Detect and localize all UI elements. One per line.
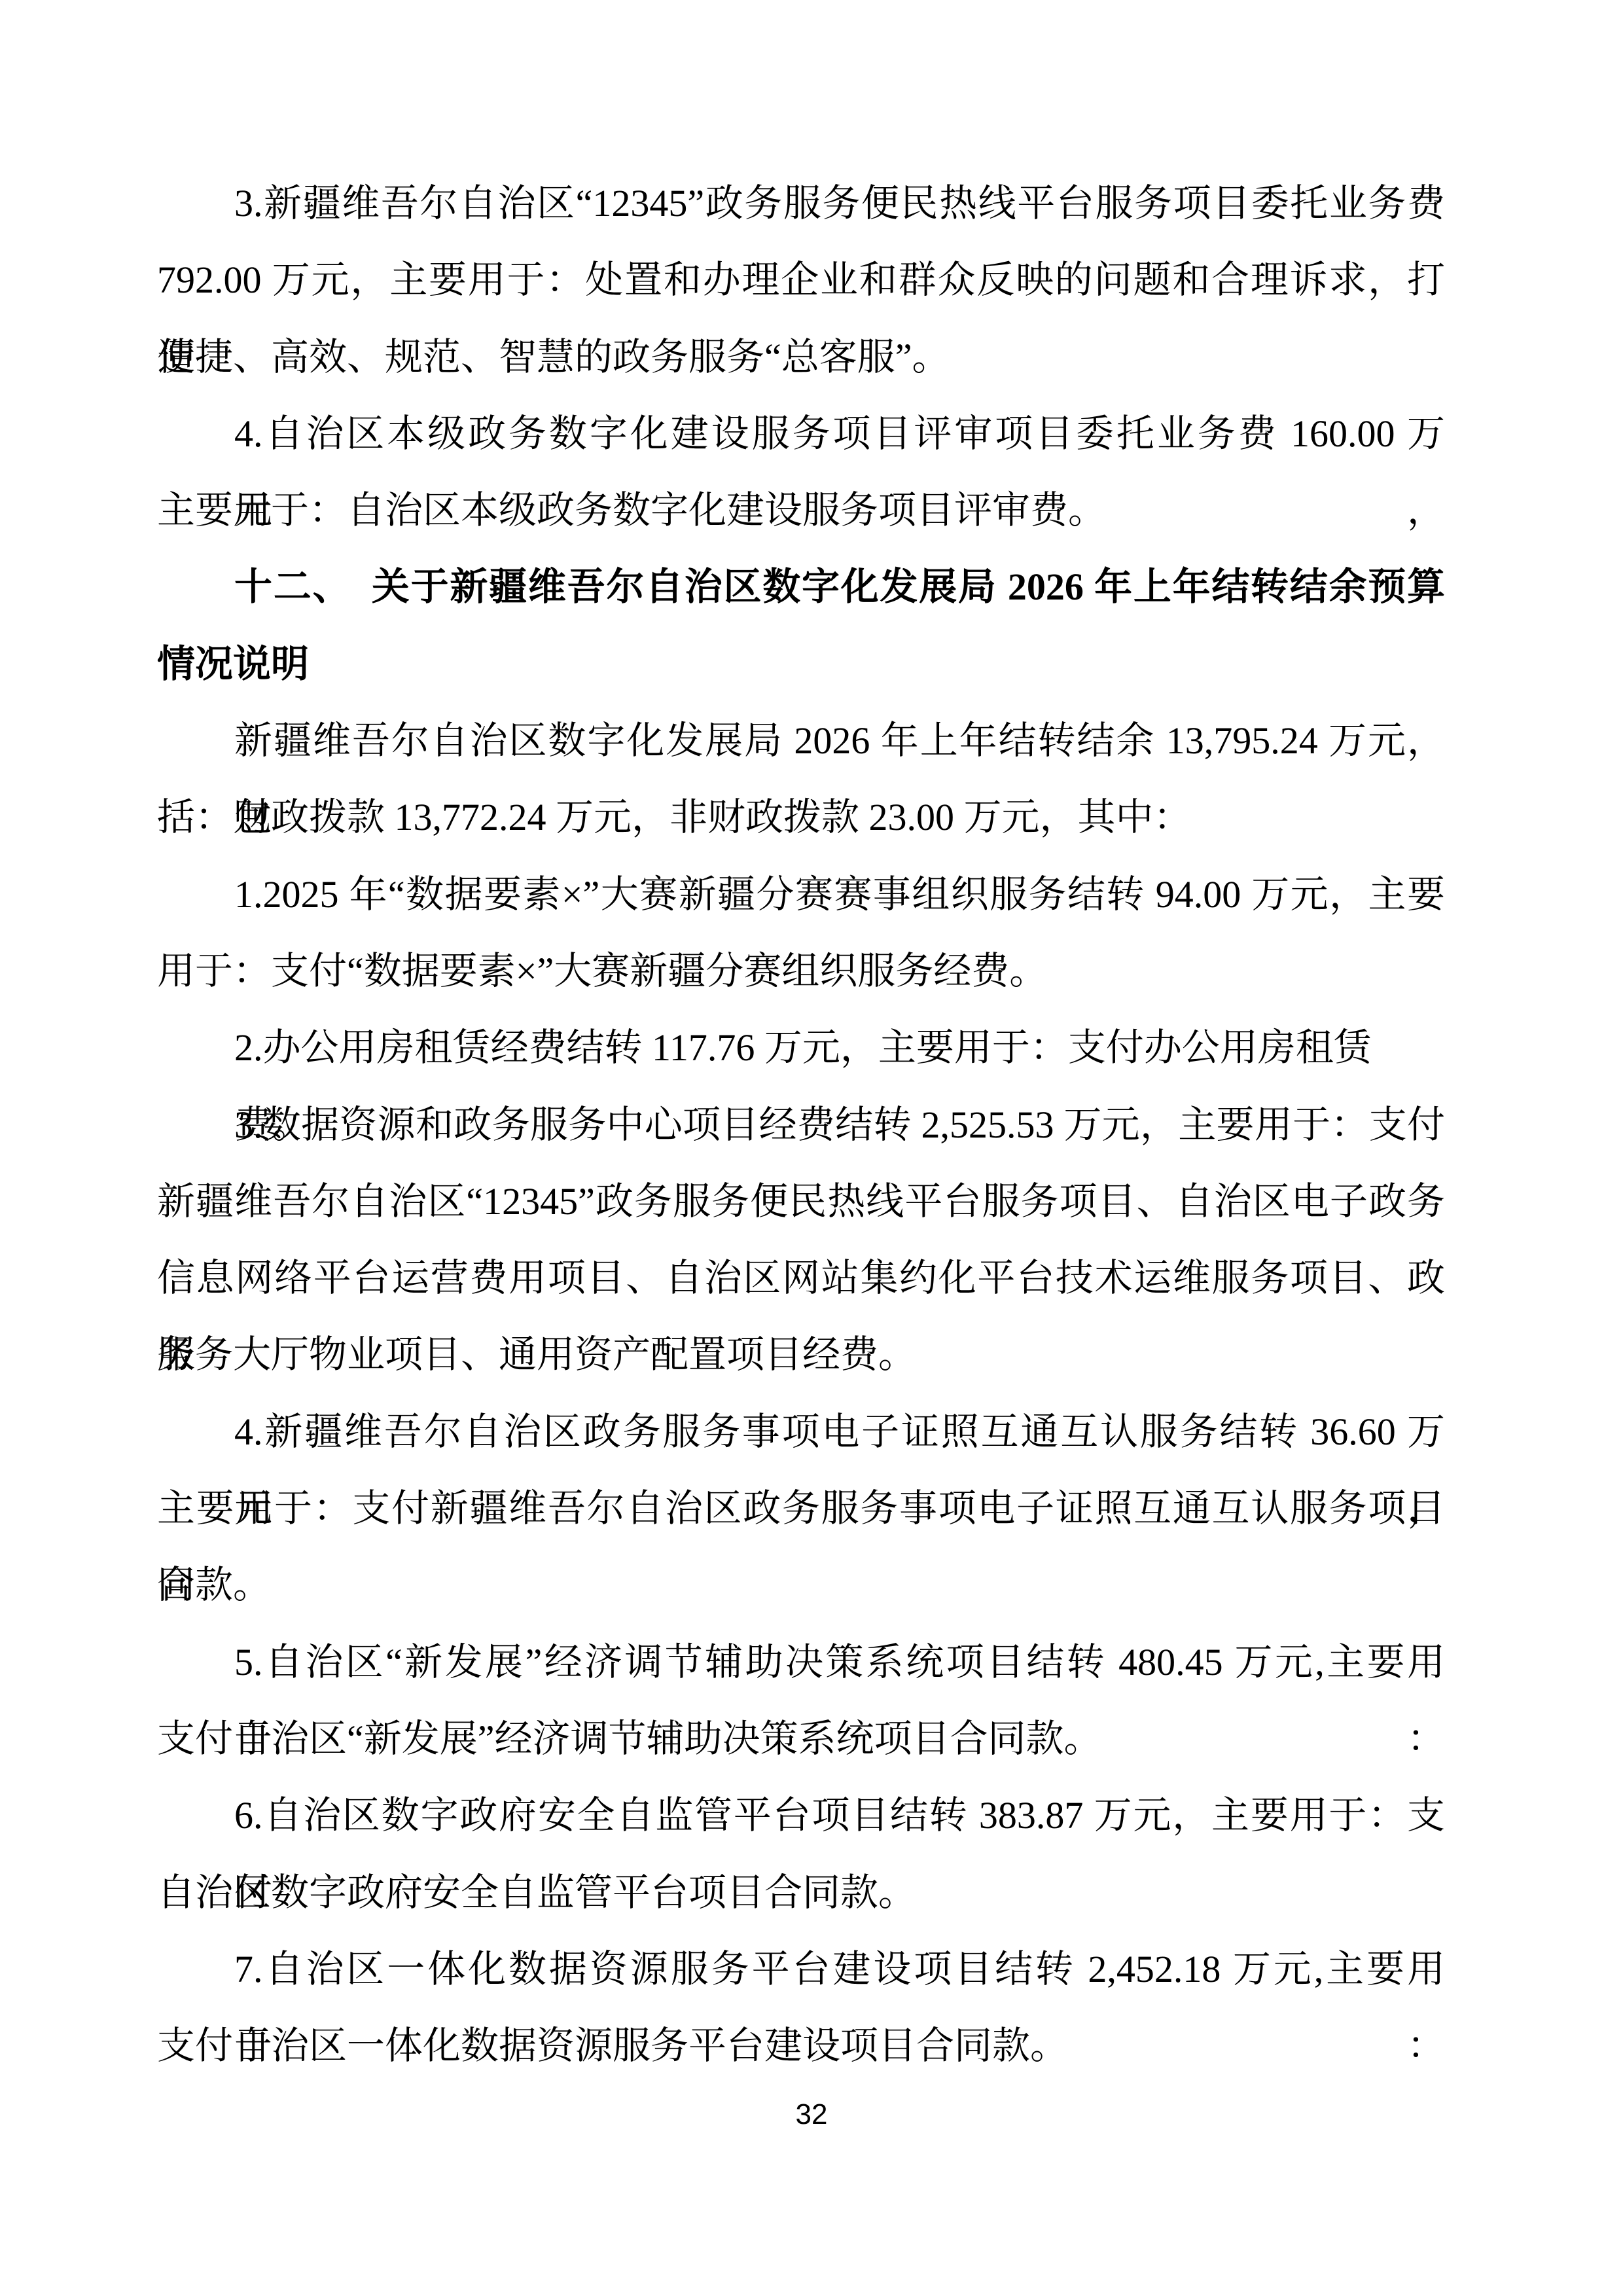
text-line: 情况说明 <box>157 626 1445 702</box>
text-line: 服务大厅物业项目、通用资产配置项目经费。 <box>157 1316 1445 1393</box>
text-line: 4.自治区本级政务数字化建设服务项目评审项目委托业务费 160.00 万元， <box>157 395 1445 472</box>
document-page: 3.新疆维吾尔自治区“12345”政务服务便民热线平台服务项目委托业务费792.… <box>0 0 1623 2296</box>
text-line: 2.办公用房租赁经费结转 117.76 万元，主要用于：支付办公用房租赁费。 <box>157 1009 1445 1086</box>
text-line: 主要用于：支付新疆维吾尔自治区政务服务事项电子证照互通互认服务项目合 <box>157 1470 1445 1547</box>
text-line: 7.自治区一体化数据资源服务平台建设项目结转 2,452.18 万元,主要用于： <box>157 1931 1445 2007</box>
document-body: 3.新疆维吾尔自治区“12345”政务服务便民热线平台服务项目委托业务费792.… <box>157 165 1445 2084</box>
text-line: 十二、 关于新疆维吾尔自治区数字化发展局 2026 年上年结转结余预算 <box>157 548 1445 625</box>
text-line: 1.2025 年“数据要素×”大赛新疆分赛赛事组织服务结转 94.00 万元，主… <box>157 856 1445 933</box>
text-line: 自治区数字政府安全自监管平台项目合同款。 <box>157 1854 1445 1931</box>
text-line: 新疆维吾尔自治区“12345”政务服务便民热线平台服务项目、自治区电子政务 <box>157 1163 1445 1240</box>
text-line: 用于：支付“数据要素×”大赛新疆分赛组织服务经费。 <box>157 933 1445 1009</box>
text-line: 792.00 万元，主要用于：处置和办理企业和群众反映的问题和合理诉求，打造 <box>157 242 1445 318</box>
text-line: 3.新疆维吾尔自治区“12345”政务服务便民热线平台服务项目委托业务费 <box>157 165 1445 242</box>
text-line: 4.新疆维吾尔自治区政务服务事项电子证照互通互认服务结转 36.60 万元， <box>157 1393 1445 1470</box>
text-line: 新疆维吾尔自治区数字化发展局 2026 年上年结转结余 13,795.24 万元… <box>157 702 1445 779</box>
text-line: 同款。 <box>157 1547 1445 1623</box>
text-line: 便捷、高效、规范、智慧的政务服务“总客服”。 <box>157 319 1445 395</box>
text-line: 6.自治区数字政府安全自监管平台项目结转 383.87 万元，主要用于：支付 <box>157 1777 1445 1854</box>
page-number: 32 <box>0 2098 1623 2132</box>
text-line: 3.数据资源和政务服务中心项目经费结转 2,525.53 万元，主要用于：支付 <box>157 1086 1445 1163</box>
text-line: 信息网络平台运营费用项目、自治区网站集约化平台技术运维服务项目、政务 <box>157 1240 1445 1316</box>
text-line: 括：财政拨款 13,772.24 万元，非财政拨款 23.00 万元，其中： <box>157 779 1445 855</box>
text-line: 5.自治区“新发展”经济调节辅助决策系统项目结转 480.45 万元,主要用于： <box>157 1624 1445 1700</box>
